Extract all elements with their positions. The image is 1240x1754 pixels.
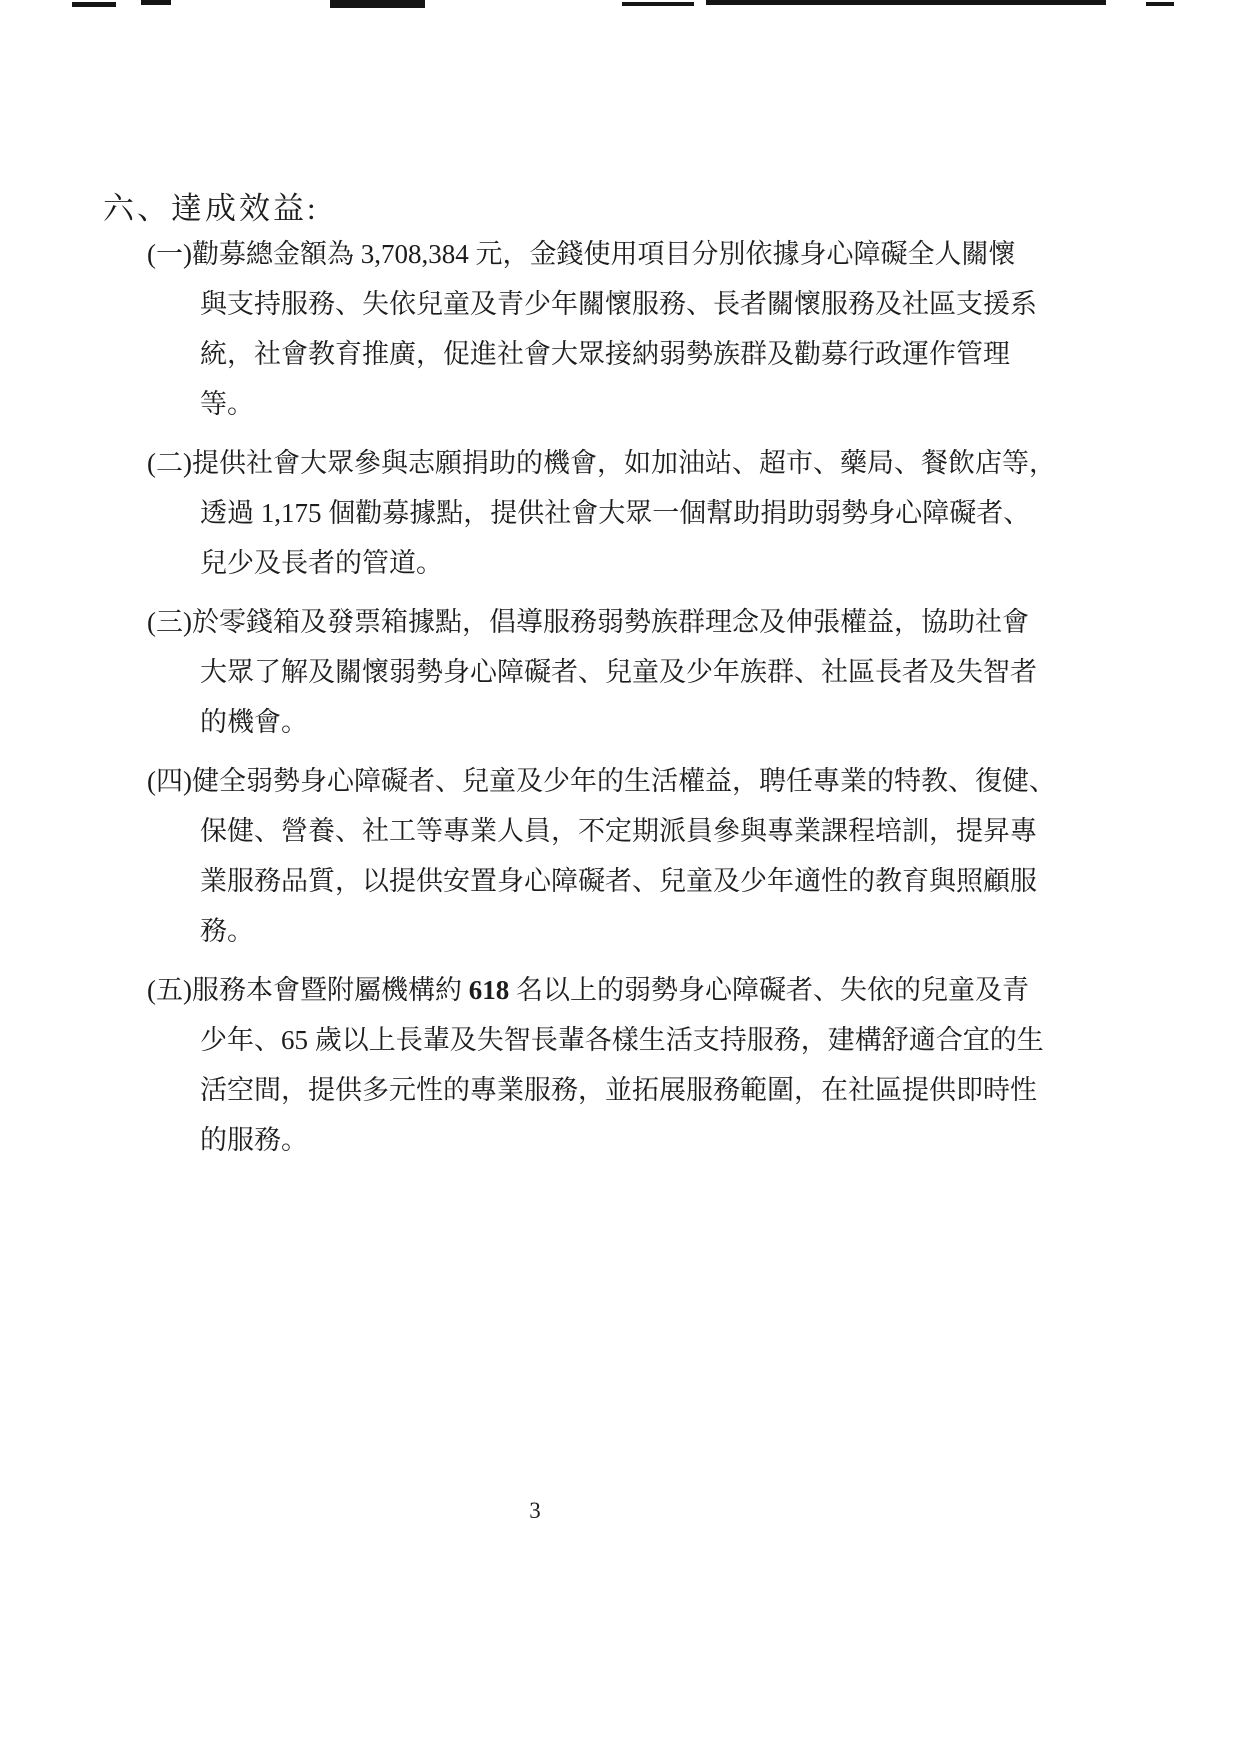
text-line: 保健、營養、社工等專業人員，不定期派員參與專業課程培訓，提昇專 xyxy=(147,806,1047,856)
item-marker: (三) xyxy=(147,607,192,637)
section-heading: 六、達成效益: xyxy=(103,183,319,228)
scan-artifact xyxy=(72,2,116,7)
text-line: (四)健全弱勢身心障礙者、兒童及少年的生活權益，聘任專業的特教、復健、 xyxy=(147,756,1047,806)
text-line: (一)勸募總金額為 3,708,384 元，金錢使用項目分別依據身心障礙全人關懷 xyxy=(147,229,1047,279)
text-line: 的機會。 xyxy=(147,697,1047,747)
highlighted-number: 618 xyxy=(469,975,510,1005)
item-text: 名以上的弱勢身心障礙者、失依的兒童及青 xyxy=(509,975,1029,1005)
text-line: 大眾了解及關懷弱勢身心障礙者、兒童及少年族群、社區長者及失智者 xyxy=(147,647,1047,697)
text-line: 的服務。 xyxy=(147,1115,1047,1165)
page-number: 3 xyxy=(0,1498,1070,1524)
text-line: (五)服務本會暨附屬機構約 618 名以上的弱勢身心障礙者、失依的兒童及青 xyxy=(147,965,1047,1015)
text-line: 等。 xyxy=(147,379,1047,429)
list-item-4: (四)健全弱勢身心障礙者、兒童及少年的生活權益，聘任專業的特教、復健、 保健、營… xyxy=(147,756,1047,956)
item-marker: (四) xyxy=(147,766,192,796)
list-item-3: (三)於零錢箱及發票箱據點，倡導服務弱勢族群理念及伸張權益，協助社會 大眾了解及… xyxy=(147,597,1047,747)
text-line: 兒少及長者的管道。 xyxy=(147,538,1047,588)
text-line: 少年、65 歲以上長輩及失智長輩各樣生活支持服務，建構舒適合宜的生 xyxy=(147,1015,1047,1065)
text-line: 業服務品質，以提供安置身心障礙者、兒童及少年適性的教育與照顧服 xyxy=(147,856,1047,906)
item-text: 提供社會大眾參與志願捐助的機會，如加油站、超市、藥局、餐飲店等， xyxy=(192,448,1056,478)
text-line: (三)於零錢箱及發票箱據點，倡導服務弱勢族群理念及伸張權益，協助社會 xyxy=(147,597,1047,647)
item-marker: (五) xyxy=(147,975,192,1005)
list-item-5: (五)服務本會暨附屬機構約 618 名以上的弱勢身心障礙者、失依的兒童及青 少年… xyxy=(147,965,1047,1165)
item-marker: (二) xyxy=(147,448,192,478)
scan-artifact xyxy=(141,0,171,5)
text-line: (二)提供社會大眾參與志願捐助的機會，如加油站、超市、藥局、餐飲店等， xyxy=(147,438,1047,488)
item-marker: (一) xyxy=(147,239,192,269)
item-text: 健全弱勢身心障礙者、兒童及少年的生活權益，聘任專業的特教、復健、 xyxy=(192,766,1056,796)
text-line: 活空間，提供多元性的專業服務，並拓展服務範圍，在社區提供即時性 xyxy=(147,1065,1047,1115)
text-line: 透過 1,175 個勸募據點，提供社會大眾一個幫助捐助弱勢身心障礙者、 xyxy=(147,488,1047,538)
scan-artifact xyxy=(330,0,425,8)
item-text: 勸募總金額為 3,708,384 元，金錢使用項目分別依據身心障礙全人關懷 xyxy=(192,239,1016,269)
list-item-2: (二)提供社會大眾參與志願捐助的機會，如加油站、超市、藥局、餐飲店等， 透過 1… xyxy=(147,438,1047,588)
text-line: 與支持服務、失依兒童及青少年關懷服務、長者關懷服務及社區支援系 xyxy=(147,279,1047,329)
scan-artifact xyxy=(1146,2,1174,6)
scan-artifact xyxy=(622,2,694,6)
scan-artifact xyxy=(706,0,1106,5)
list-item-1: (一)勸募總金額為 3,708,384 元，金錢使用項目分別依據身心障礙全人關懷… xyxy=(147,229,1047,429)
document-page: 六、達成效益: (一)勸募總金額為 3,708,384 元，金錢使用項目分別依據… xyxy=(0,0,1240,1754)
item-text: 服務本會暨附屬機構約 xyxy=(192,975,469,1005)
text-line: 務。 xyxy=(147,906,1047,956)
item-text: 於零錢箱及發票箱據點，倡導服務弱勢族群理念及伸張權益，協助社會 xyxy=(192,607,1029,637)
text-line: 統，社會教育推廣，促進社會大眾接納弱勢族群及勸募行政運作管理 xyxy=(147,329,1047,379)
section-body: (一)勸募總金額為 3,708,384 元，金錢使用項目分別依據身心障礙全人關懷… xyxy=(147,229,1047,1174)
